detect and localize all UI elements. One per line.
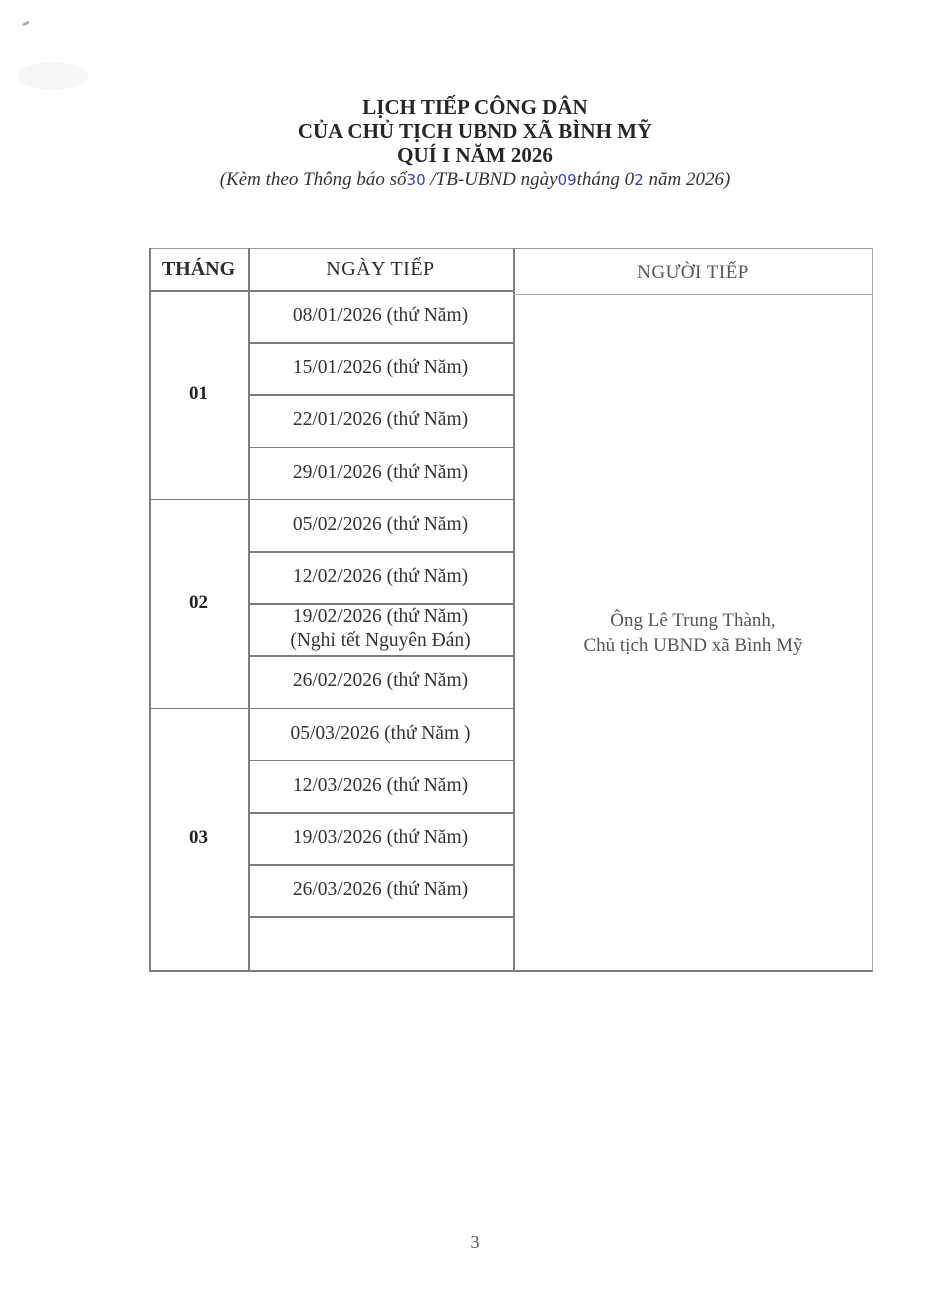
person-title: Chủ tịch UBND xã Bình Mỹ (583, 633, 802, 658)
person-name: Ông Lê Trung Thành, (610, 608, 775, 633)
title-line-2: CỦA CHỦ TỊCH UBND XÃ BÌNH MỸ (0, 119, 950, 143)
header-person: NGƯỜI TIẾP (513, 250, 873, 296)
date-cell: 26/02/2026 (thứ Năm) (248, 655, 513, 707)
handwritten-number: 30 (407, 171, 426, 189)
scan-mark (22, 20, 31, 26)
title-line-3: QUÍ I NĂM 2026 (0, 143, 950, 167)
date-cell: 08/01/2026 (thứ Năm) (248, 290, 513, 342)
date-cell: 12/03/2026 (thứ Năm) (248, 760, 513, 812)
handwritten-day: 09 (558, 171, 577, 189)
month-cell: 03 (149, 708, 248, 969)
month-cell: 02 (149, 499, 248, 708)
handwritten-month: 2 (634, 171, 644, 189)
date-cell: 12/02/2026 (thứ Năm) (248, 551, 513, 603)
schedule-table: THÁNGNGÀY TIẾPNGƯỜI TIẾP08/01/2026 (thứ … (149, 248, 873, 971)
subtitle: (Kèm theo Thông báo số30 /TB-UBND ngày09… (0, 167, 950, 193)
subtitle-text: năm 2026) (644, 169, 731, 190)
title-line-1: LỊCH TIẾP CÔNG DÂN (0, 95, 950, 119)
scan-smudge (18, 62, 88, 90)
subtitle-text: (Kèm theo Thông báo số (220, 169, 407, 190)
date-cell: 19/03/2026 (thứ Năm) (248, 812, 513, 864)
document-header: LỊCH TIẾP CÔNG DÂN CỦA CHỦ TỊCH UBND XÃ … (0, 95, 950, 193)
person-cell: Ông Lê Trung Thành,Chủ tịch UBND xã Bình… (513, 294, 873, 971)
page-number: 3 (0, 1232, 950, 1253)
month-cell: 01 (149, 290, 248, 499)
subtitle-text: /TB-UBND ngày (426, 169, 558, 190)
date-cell: 19/02/2026 (thứ Năm) (Nghỉ tết Nguyên Đá… (248, 603, 513, 655)
date-cell (248, 916, 513, 968)
date-cell: 05/02/2026 (thứ Năm) (248, 499, 513, 551)
header-date: NGÀY TIẾP (248, 248, 513, 290)
date-cell: 15/01/2026 (thứ Năm) (248, 342, 513, 394)
date-cell: 29/01/2026 (thứ Năm) (248, 447, 513, 499)
date-cell: 26/03/2026 (thứ Năm) (248, 864, 513, 916)
date-cell: 22/01/2026 (thứ Năm) (248, 394, 513, 446)
header-month: THÁNG (149, 248, 248, 290)
date-cell: 05/03/2026 (thứ Năm ) (248, 708, 513, 760)
subtitle-text: tháng 0 (577, 169, 635, 190)
